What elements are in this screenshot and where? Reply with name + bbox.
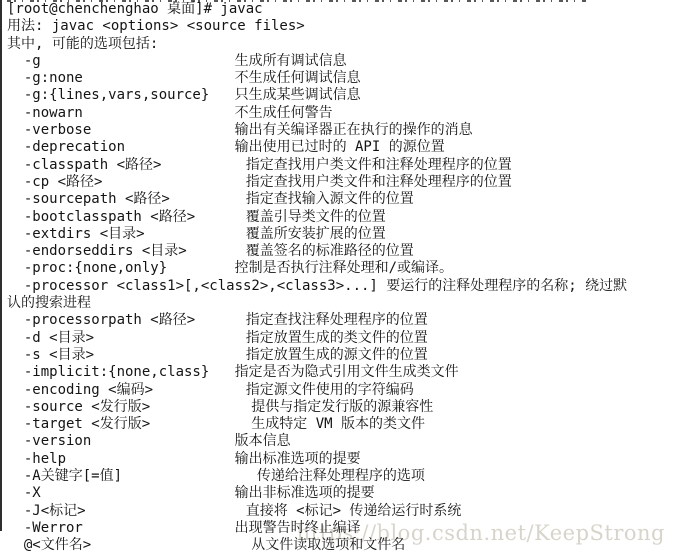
terminal-window[interactable]: [root@chenchenghao 桌面]# javac 用法: javac …	[0, 0, 677, 558]
terminal-output: [root@chenchenghao 桌面]# javac 用法: javac …	[7, 1, 627, 555]
terminal-screenshot: { "terminal": { "prompt_line": "[root@ch…	[0, 0, 677, 558]
